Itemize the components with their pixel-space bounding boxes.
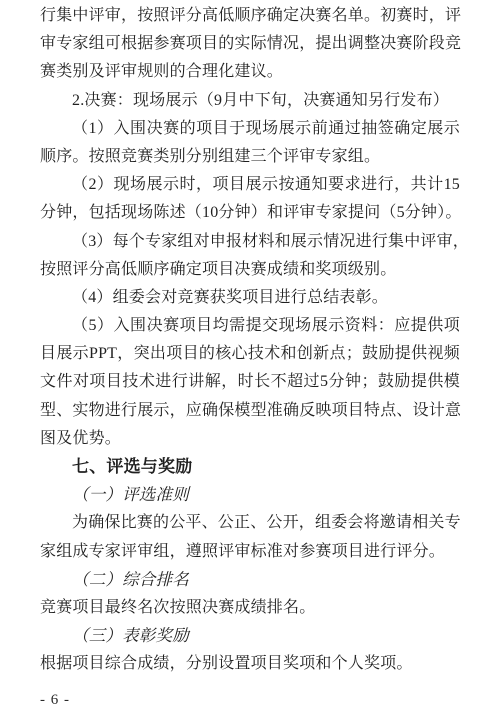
body-text-line: （2）现场展示时，项目展示按通知要求进行，共计15	[40, 171, 460, 199]
body-text-line: 赛类别及评审规则的合理化建议。	[40, 58, 460, 86]
section-heading: 七、评选与奖励	[40, 453, 460, 481]
body-text-line: 按照评分高低顺序确定项目决赛成绩和奖项级别。	[40, 256, 460, 284]
subsection-heading: （三）表彰奖励	[40, 622, 460, 650]
body-text-line: 家组成专家评审组，遵照评审标准对参赛项目进行评分。	[40, 538, 460, 566]
body-text-line: 目展示PPT，突出项目的核心技术和创新点；鼓励提供视频	[40, 340, 460, 368]
body-text-line: （4）组委会对竞赛获奖项目进行总结表彰。	[40, 284, 460, 312]
body-text-line: 根据项目综合成绩，分别设置项目奖项和个人奖项。	[40, 650, 460, 678]
body-text-line: （3）每个专家组对申报材料和展示情况进行集中评审，	[40, 228, 460, 256]
body-text-line: （1）入围决赛的项目于现场展示前通过抽签确定展示	[40, 115, 460, 143]
body-text-line: 型、实物进行展示，应确保模型准确反映项目特点、设计意	[40, 397, 460, 425]
body-text-line: 文件对项目技术进行讲解，时长不超过5分钟；鼓励提供模	[40, 368, 460, 396]
body-text-line: 行集中评审，按照评分高低顺序确定决赛名单。初赛时，评	[40, 2, 460, 30]
document-body: 行集中评审，按照评分高低顺序确定决赛名单。初赛时，评 审专家组可根据参赛项目的实…	[40, 2, 460, 679]
body-text-line: 竞赛项目最终名次按照决赛成绩排名。	[40, 594, 460, 622]
body-text-line: 顺序。按照竞赛类别分别组建三个评审专家组。	[40, 143, 460, 171]
subsection-heading: （二）综合排名	[40, 566, 460, 594]
body-text-line: 为确保比赛的公平、公正、公开，组委会将邀请相关专	[40, 509, 460, 537]
body-text-line: 审专家组可根据参赛项目的实际情况，提出调整决赛阶段竞	[40, 30, 460, 58]
subsection-heading: （一）评选准则	[40, 481, 460, 509]
body-text-line: 图及优势。	[40, 425, 460, 453]
body-text-line: 2.决赛：现场展示（9月中下旬，决赛通知另行发布）	[40, 87, 460, 115]
body-text-line: （5）入围决赛项目均需提交现场展示资料：应提供项	[40, 312, 460, 340]
page-number: - 6 -	[40, 692, 70, 709]
document-page: 行集中评审，按照评分高低顺序确定决赛名单。初赛时，评 审专家组可根据参赛项目的实…	[0, 0, 500, 718]
body-text-line: 分钟，包括现场陈述（10分钟）和评审专家提问（5分钟）。	[40, 199, 460, 227]
